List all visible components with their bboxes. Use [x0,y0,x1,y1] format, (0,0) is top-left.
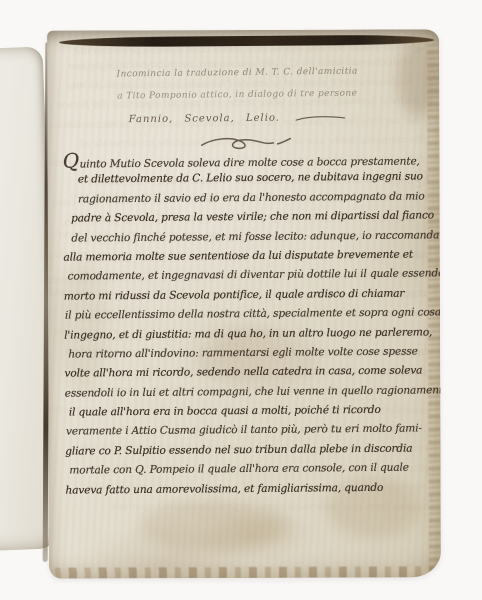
page-content: Quinto Mutio Scevola soleva dire molte c… [47,29,441,578]
ink-dash-flourish [294,113,346,124]
text-line: del vecchio finché potesse, et mi fosse … [71,226,429,249]
text-line: mortale con Q. Pompeio il quale all'hora… [69,459,431,482]
manuscript-title: Incomincia la traduzione di M. T. C. del… [83,61,391,130]
manuscript-page: Quinto Mutio Scevola soleva dire molte c… [47,29,441,578]
text-line: il più eccellentissimo della nostra citt… [65,304,430,327]
text-line: veramente i Attio Cusma giudicò il tanto… [66,420,431,443]
text-line: comodamente, et ingegnavasi di diventar … [68,265,430,288]
title-line: a Tito Pomponio attico, in dialogo di tr… [83,82,391,108]
speakers-names: Fannio, Scevola, Lelio. [129,108,280,132]
text-line: haveva fatto una amorevolissima, et fami… [65,478,431,501]
text-line: essendoli io in lui et altri compagni, c… [65,381,431,404]
manuscript-body-text: Quinto Mutio Scevola soleva dire molte c… [63,148,432,500]
text-line: Quinto Mutio Scevola soleva dire molte c… [63,148,429,171]
text-line: hora ritorno all'indovino: rammentarsi e… [68,342,430,365]
speakers-line: Fannio, Scevola, Lelio. [83,106,391,131]
photo-background: Quinto Mutio Scevola soleva dire molte c… [0,0,482,600]
text-line: ragionamento il savio ed io era da l'hon… [78,187,429,209]
